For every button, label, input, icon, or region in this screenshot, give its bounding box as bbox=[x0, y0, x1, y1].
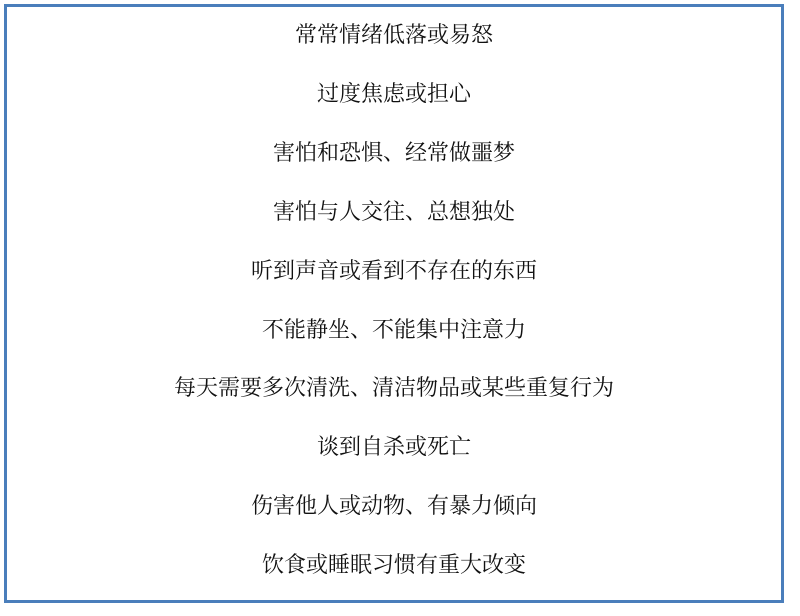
list-item: 听到声音或看到不存在的东西 bbox=[7, 257, 781, 287]
list-item: 饮食或睡眠习惯有重大改变 bbox=[7, 551, 781, 581]
list-item: 谈到自杀或死亡 bbox=[7, 433, 781, 463]
list-item: 害怕与人交往、总想独处 bbox=[7, 198, 781, 228]
list-item: 常常情绪低落或易怒 bbox=[7, 21, 781, 51]
bordered-text-box: 常常情绪低落或易怒 过度焦虑或担心 害怕和恐惧、经常做噩梦 害怕与人交往、总想独… bbox=[4, 4, 784, 603]
list-item: 害怕和恐惧、经常做噩梦 bbox=[7, 139, 781, 169]
list-item: 不能静坐、不能集中注意力 bbox=[7, 316, 781, 346]
list-item: 伤害他人或动物、有暴力倾向 bbox=[7, 492, 781, 522]
list-item: 过度焦虑或担心 bbox=[7, 80, 781, 110]
list-item: 每天需要多次清洗、清洁物品或某些重复行为 bbox=[7, 374, 781, 404]
